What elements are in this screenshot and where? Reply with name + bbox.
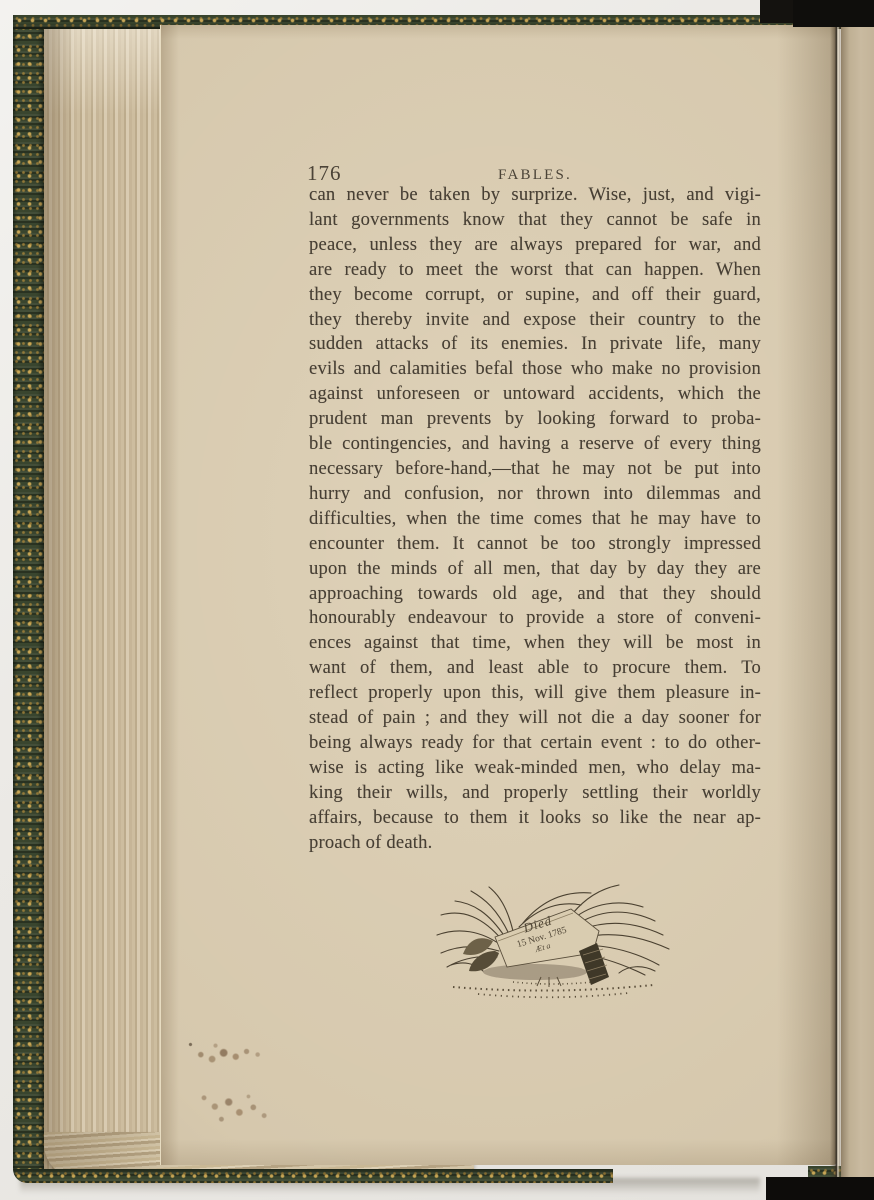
text-line: necessary before-hand,—that he may not b…	[309, 457, 761, 482]
black-strip	[793, 0, 874, 27]
text-line: peace, unless they are always prepared f…	[309, 233, 761, 258]
text-line: proach of death.	[309, 831, 761, 856]
text-line: king their wills, and properly settling …	[309, 781, 761, 806]
text-line: reflect properly upon this, will give th…	[309, 681, 761, 706]
dock-leaves	[463, 938, 499, 971]
text-line: ble contingencies, and having a reserve …	[309, 432, 761, 457]
ground-speckle	[453, 977, 653, 997]
text-line: want of them, and least able to procure …	[309, 656, 761, 681]
black-strip	[766, 1177, 874, 1200]
text-line: evils and calamities befal those who mak…	[309, 357, 761, 382]
text-line: encounter them. It cannot be too strongl…	[309, 532, 761, 557]
text-line: difficulties, when the time comes that h…	[309, 507, 761, 532]
cover-spine-edge	[13, 15, 44, 1182]
gutter-shadow	[830, 25, 842, 1177]
text-line: they thereby invite and expose their cou…	[309, 308, 761, 333]
text-line: sudden attacks of its enemies. In privat…	[309, 332, 761, 357]
book-page: 176 FABLES. can never be taken by surpri…	[160, 25, 837, 1165]
text-line: ences against that time, when they will …	[309, 631, 761, 656]
text-line: against unforeseen or untoward accidents…	[309, 382, 761, 407]
text-line: being always ready for that certain even…	[309, 731, 761, 756]
running-title: FABLES.	[309, 167, 761, 184]
stone-shadow	[483, 964, 587, 980]
cover-bottom-edge	[13, 1169, 613, 1183]
text-line: lant governments know that they cannot b…	[309, 208, 761, 233]
page-fore-edge-stack	[44, 25, 166, 1177]
text-line: hurry and confusion, nor thrown into dil…	[309, 482, 761, 507]
text-line: wise is acting like weak-minded men, who…	[309, 756, 761, 781]
foxing-spots	[188, 1076, 288, 1136]
tailpiece-engraving: Died 15 Nov. 1785 Æt a	[423, 879, 685, 1007]
text-line: honourably endeavour to provide a store …	[309, 606, 761, 631]
text-line: are ready to meet the worst that can hap…	[309, 258, 761, 283]
text-line: prudent man prevents by looking forward …	[309, 407, 761, 432]
text-line: affairs, because to them it looks so lik…	[309, 806, 761, 831]
text-line: approaching towards old age, and that th…	[309, 582, 761, 607]
facing-page-edge	[841, 25, 874, 1177]
text-line: can never be taken by surprize. Wise, ju…	[309, 183, 761, 208]
body-text: can never be taken by surprize. Wise, ju…	[309, 183, 761, 855]
book-scan: 176 FABLES. can never be taken by surpri…	[0, 0, 874, 1200]
text-line: upon the minds of all men, that day by d…	[309, 557, 761, 582]
text-line: they become corrupt, or supine, and off …	[309, 283, 761, 308]
text-line: stead of pain ; and they will not die a …	[309, 706, 761, 731]
